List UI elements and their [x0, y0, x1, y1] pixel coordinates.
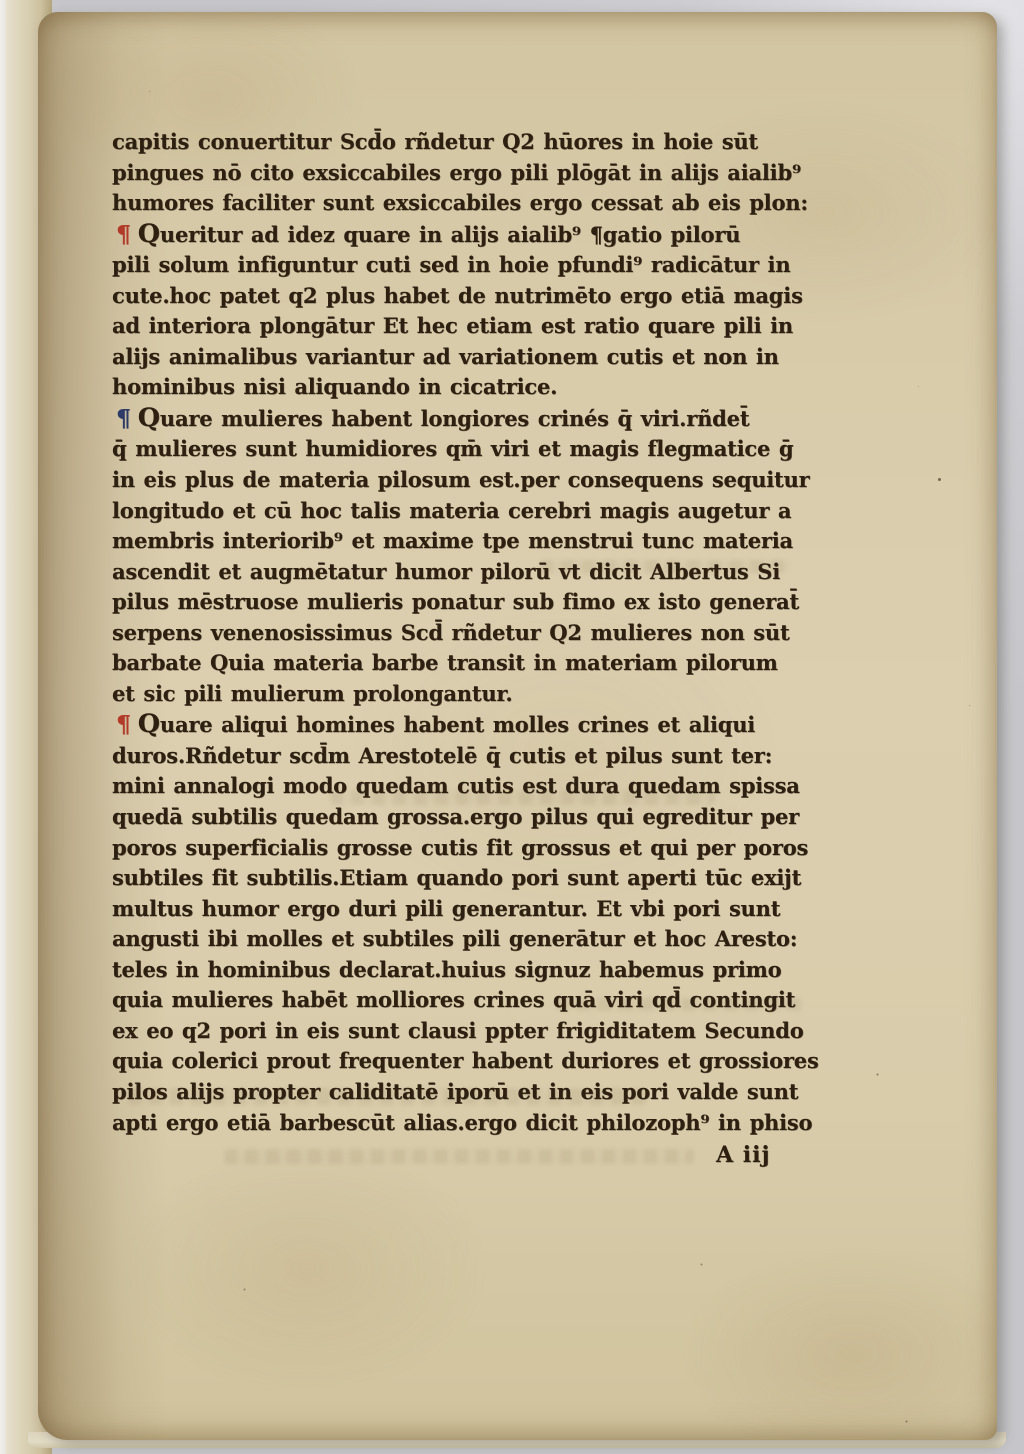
show-through-ghost [224, 1149, 694, 1164]
text-line: quia colerici prout frequenter habent du… [112, 1046, 812, 1077]
text-line: q̄ mulieres sunt humidiores qm̄ viri et … [112, 434, 812, 465]
text-line: ¶Quare mulieres habent longiores crinés … [112, 403, 812, 435]
pilcrow-mark: ¶ [116, 220, 131, 248]
text-line: pingues nō cito exsiccabiles ergo pili p… [112, 158, 812, 189]
text-line: quia mulieres habēt molliores crines quā… [112, 985, 812, 1016]
text-line: serpens venenosissimus Scd̄ rñdetur Q2 m… [112, 618, 812, 649]
text-line: capitis conuertitur Scd̄o rñdetur Q2 hūo… [112, 127, 812, 158]
text-line: pilus mēstruose mulieris ponatur sub fim… [112, 587, 812, 618]
text-line: longitudo et cū hoc talis materia cerebr… [112, 496, 812, 527]
text-line: quedā subtilis quedam grossa.ergo pilus … [112, 802, 812, 833]
paragraph-initial: Q [138, 219, 160, 249]
text-line: alijs animalibus variantur ad variatione… [112, 342, 812, 373]
text-block: capitis conuertitur Scd̄o rñdetur Q2 hūo… [112, 127, 812, 1138]
text-line: ex eo q2 pori in eis sunt clausi ppter f… [112, 1016, 812, 1047]
text-line: hominibus nisi aliquando in cicatrice. [112, 372, 812, 403]
book-photo: capitis conuertitur Scd̄o rñdetur Q2 hūo… [0, 0, 1024, 1454]
signature-mark: A iij [716, 1140, 770, 1170]
text-line: ad interiora plongātur Et hec etiam est … [112, 311, 812, 342]
text-line: duros.Rñdetur scd̄m Arestotelē q̄ cutis … [112, 741, 812, 772]
text-line: et sic pili mulierum prolongantur. [112, 679, 812, 710]
paragraph-initial: Q [138, 403, 160, 433]
text-line: membris interiorib⁹ et maxime tpe menstr… [112, 526, 812, 557]
text-line: poros superficialis grosse cutis fit gro… [112, 833, 812, 864]
text-line: humores faciliter sunt exsiccabiles ergo… [112, 188, 812, 219]
pilcrow-mark: ¶ [116, 404, 131, 432]
pilcrow-mark: ¶ [116, 710, 131, 738]
text-line: pilos alijs propter caliditatē iporū et … [112, 1077, 812, 1108]
paper-specks [938, 478, 941, 481]
text-line: ¶Quare aliqui homines habent molles crin… [112, 709, 812, 741]
text-line: multus humor ergo duri pili generantur. … [112, 894, 812, 925]
text-line: apti ergo etiā barbescūt alias.ergo dici… [112, 1108, 812, 1139]
text-line: angusti ibi molles et subtiles pili gene… [112, 924, 812, 955]
text-line: teles in hominibus declarat.huius signuz… [112, 955, 812, 986]
text-line: mini annalogi modo quedam cutis est dura… [112, 771, 812, 802]
text-line: pili solum infiguntur cuti sed in hoie p… [112, 250, 812, 281]
text-line: ascendit et augmētatur humor pilorū vt d… [112, 557, 812, 588]
text-line: barbate Quia materia barbe transit in ma… [112, 648, 812, 679]
text-line: in eis plus de materia pilosum est.per c… [112, 465, 812, 496]
text-line: subtiles fit subtilis.Etiam quando pori … [112, 863, 812, 894]
text-line: ¶Queritur ad idez quare in alijs aialib⁹… [112, 219, 812, 251]
paragraph-initial: Q [138, 709, 160, 739]
text-line: cute.hoc patet q2 plus habet de nutrimēt… [112, 281, 812, 312]
